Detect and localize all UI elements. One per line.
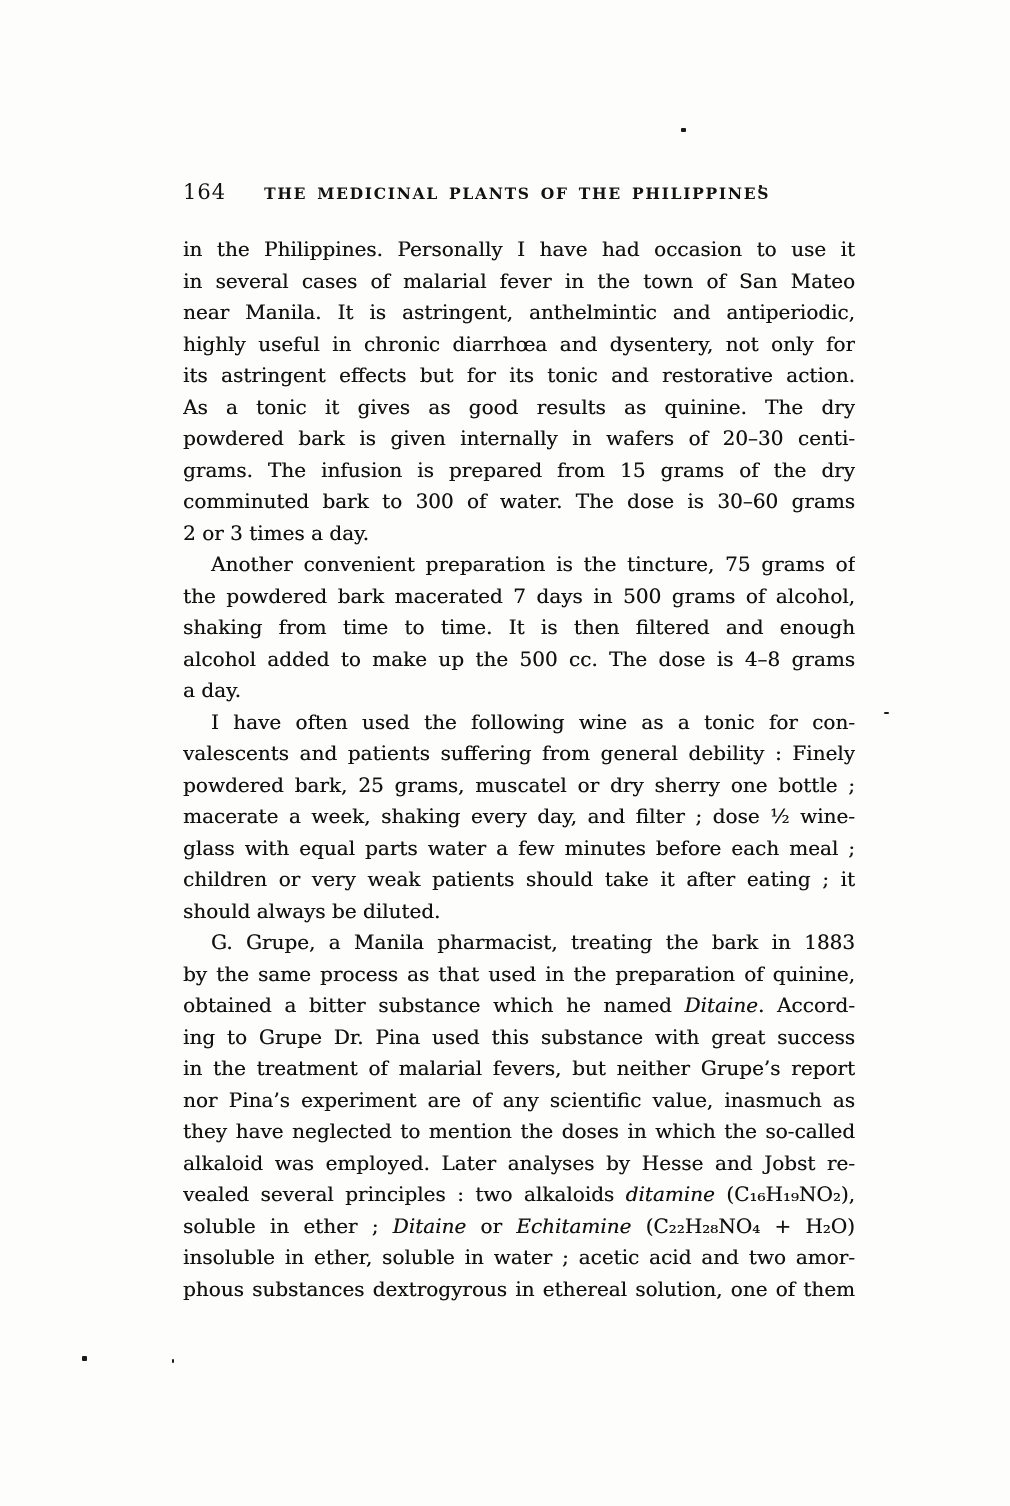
text-line: macerate a week, shaking every day, and … bbox=[183, 801, 855, 833]
text-line: glass with equal parts water a few minut… bbox=[183, 833, 855, 865]
text-line: Another convenient preparation is the ti… bbox=[183, 549, 855, 581]
text-line: grams. The infusion is prepared from 15 … bbox=[183, 455, 855, 487]
text-line: alkaloid was employed. Later analyses by… bbox=[183, 1148, 855, 1180]
text-line: in the Philippines. Personally I have ha… bbox=[183, 234, 855, 266]
paragraph: G. Grupe, a Manila pharmacist, treating … bbox=[183, 927, 855, 1305]
text-line: highly useful in chronic diarrhœa and dy… bbox=[183, 329, 855, 361]
text-line: shaking from time to time. It is then fi… bbox=[183, 612, 855, 644]
text-line: by the same process as that used in the … bbox=[183, 959, 855, 991]
text-line: children or very weak patients should ta… bbox=[183, 864, 855, 896]
paragraph: I have often used the following wine as … bbox=[183, 707, 855, 928]
text-line: the powdered bark macerated 7 days in 50… bbox=[183, 581, 855, 613]
text-line: valescents and patients suffering from g… bbox=[183, 738, 855, 770]
text-line: comminuted bark to 300 of water. The dos… bbox=[183, 486, 855, 518]
text-line: insoluble in ether, soluble in water ; a… bbox=[183, 1242, 855, 1274]
text-line: its astringent effects but for its tonic… bbox=[183, 360, 855, 392]
text-line: a day. bbox=[183, 675, 855, 707]
text-line: in the treatment of malarial fevers, but… bbox=[183, 1053, 855, 1085]
text-line: nor Pina’s experiment are of any scienti… bbox=[183, 1085, 855, 1117]
page-header: 164 THE MEDICINAL PLANTS OF THE PHILIPPI… bbox=[183, 180, 858, 204]
paragraph: Another convenient preparation is the ti… bbox=[183, 549, 855, 707]
scan-speck bbox=[681, 128, 686, 132]
text-line: vealed several principles : two alkaloid… bbox=[183, 1179, 855, 1211]
text-block: in the Philippines. Personally I have ha… bbox=[183, 234, 855, 1305]
text-line: powdered bark is given internally in waf… bbox=[183, 423, 855, 455]
text-line: As a tonic it gives as good results as q… bbox=[183, 392, 855, 424]
text-line: ing to Grupe Dr. Pina used this substanc… bbox=[183, 1022, 855, 1054]
scan-speck bbox=[759, 185, 762, 188]
scan-speck bbox=[82, 1356, 87, 1361]
text-line: I have often used the following wine as … bbox=[183, 707, 855, 739]
running-title: THE MEDICINAL PLANTS OF THE PHILIPPINES bbox=[264, 184, 770, 203]
text-line: G. Grupe, a Manila pharmacist, treating … bbox=[183, 927, 855, 959]
text-line: they have neglected to mention the doses… bbox=[183, 1116, 855, 1148]
text-line: in several cases of malarial fever in th… bbox=[183, 266, 855, 298]
scan-speck bbox=[172, 1359, 174, 1363]
scan-speck bbox=[884, 712, 889, 714]
text-line: alcohol added to make up the 500 cc. The… bbox=[183, 644, 855, 676]
text-line: obtained a bitter substance which he nam… bbox=[183, 990, 855, 1022]
text-line: soluble in ether ; Ditaine or Echitamine… bbox=[183, 1211, 855, 1243]
text-line: powdered bark, 25 grams, muscatel or dry… bbox=[183, 770, 855, 802]
paragraph: in the Philippines. Personally I have ha… bbox=[183, 234, 855, 549]
text-line: 2 or 3 times a day. bbox=[183, 518, 855, 550]
text-line: phous substances dextrogyrous in etherea… bbox=[183, 1274, 855, 1306]
page-number: 164 bbox=[183, 180, 226, 204]
text-line: should always be diluted. bbox=[183, 896, 855, 928]
scanned-book-page: { "header": { "page_number": "164", "run… bbox=[0, 0, 1010, 1506]
text-line: near Manila. It is astringent, anthelmin… bbox=[183, 297, 855, 329]
